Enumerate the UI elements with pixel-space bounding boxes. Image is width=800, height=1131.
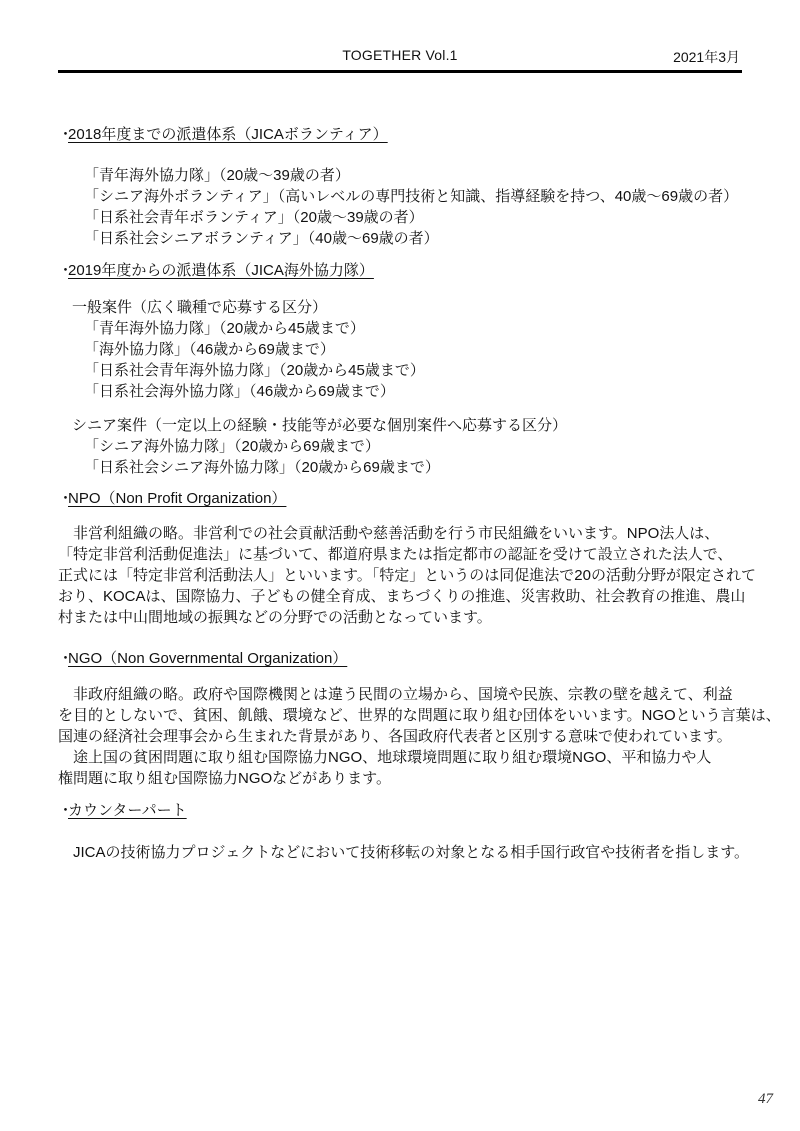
issue-date: 2021年3月	[673, 47, 740, 67]
bullet-glyph: ・	[58, 648, 68, 669]
list-item: 「日系社会シニア海外協力隊」（20歳から69歳まで）	[84, 457, 764, 478]
paragraph-line: JICAの技術協力プロジェクトなどにおいて技術移転の対象となる相手国行政官や技術…	[58, 842, 764, 863]
list-item: 「日系社会青年ボランティア」（20歳～39歳の者）	[84, 207, 764, 228]
bullet-glyph: ・	[58, 488, 68, 509]
bullet-glyph: ・	[58, 260, 68, 281]
list-item: 「シニア海外協力隊」（20歳から69歳まで）	[84, 436, 764, 457]
bullet-glyph: ・	[58, 124, 68, 145]
paragraph-line: 正式には「特定非営利活動法人」といいます。「特定」というのは同促進法で20の活動…	[58, 565, 764, 586]
section-heading-text: カウンターパート	[68, 802, 187, 819]
dispatch-until-2018-items: 「青年海外協力隊」（20歳～39歳の者） 「シニア海外ボランティア」（高いレベル…	[84, 165, 764, 249]
bullet-glyph: ・	[58, 800, 68, 821]
paragraph-line: 途上国の貧困問題に取り組む国際協力NGO、地球環境問題に取り組む環境NGO、平和…	[58, 747, 764, 768]
paragraph-line: 非政府組織の略。政府や国際機関とは違う民間の立場から、国境や民族、宗教の壁を越え…	[58, 684, 764, 705]
paragraph-line: 非営利組織の略。非営利での社会貢献活動や慈善活動を行う市民組織をいいます。NPO…	[58, 523, 764, 544]
section-heading-npo: ・NPO（Non Profit Organization）	[58, 488, 764, 509]
section-heading-text: 2019年度からの派遣体系（JICA海外協力隊）	[68, 262, 374, 279]
page-number: 47	[758, 1091, 773, 1108]
section-heading-ngo: ・NGO（Non Governmental Organization）	[58, 648, 764, 669]
section-heading-text: NGO（Non Governmental Organization）	[68, 650, 347, 667]
section-heading-counterpart: ・カウンターパート	[58, 800, 764, 821]
document-body: ・2018年度までの派遣体系（JICAボランティア） 「青年海外協力隊」（20歳…	[58, 73, 764, 863]
section-heading-dispatch-until-2018: ・2018年度までの派遣体系（JICAボランティア）	[58, 124, 764, 145]
paragraph-line: 権問題に取り組む国際協力NGOなどがあります。	[58, 768, 764, 789]
list-item: 「シニア海外ボランティア」（高いレベルの専門技術と知識、指導経験を持つ、40歳～…	[84, 186, 764, 207]
ngo-paragraph: 非政府組織の略。政府や国際機関とは違う民間の立場から、国境や民族、宗教の壁を越え…	[58, 684, 764, 789]
section-heading-text: 2018年度までの派遣体系（JICAボランティア）	[68, 126, 388, 143]
paragraph-line: 村または中山間地域の振興などの分野での活動となっています。	[58, 607, 764, 628]
paragraph-line: 「特定非営利活動促進法」に基づいて、都道府県または指定都市の認証を受けて設立され…	[58, 544, 764, 565]
list-item: 「日系社会海外協力隊」（46歳から69歳まで）	[84, 381, 764, 402]
list-item: 「海外協力隊」（46歳から69歳まで）	[84, 339, 764, 360]
list-item: 「日系社会シニアボランティア」（40歳～69歳の者）	[84, 228, 764, 249]
paragraph-line: 国連の経済社会理事会から生まれた背景があり、各国政府代表者と区別する意味で使われ…	[58, 726, 764, 747]
npo-paragraph: 非営利組織の略。非営利での社会貢献活動や慈善活動を行う市民組織をいいます。NPO…	[58, 523, 764, 628]
list-item: 「青年海外協力隊」（20歳から45歳まで）	[84, 318, 764, 339]
list-item: 「青年海外協力隊」（20歳～39歳の者）	[84, 165, 764, 186]
counterpart-paragraph: JICAの技術協力プロジェクトなどにおいて技術移転の対象となる相手国行政官や技術…	[58, 842, 764, 863]
paragraph-line: を目的としないで、貧困、飢餓、環境など、世界的な問題に取り組む団体をいいます。N…	[58, 705, 764, 726]
general-cases-label: 一般案件（広く職種で応募する区分）	[72, 297, 764, 318]
list-item: 「日系社会青年海外協力隊」（20歳から45歳まで）	[84, 360, 764, 381]
paragraph-line: おり、KOCAは、国際協力、子どもの健全育成、まちづくりの推進、災害救助、社会教…	[58, 586, 764, 607]
senior-cases-label: シニア案件（一定以上の経験・技能等が必要な個別案件へ応募する区分）	[72, 415, 764, 436]
section-heading-dispatch-from-2019: ・2019年度からの派遣体系（JICA海外協力隊）	[58, 260, 764, 281]
section-heading-text: NPO（Non Profit Organization）	[68, 490, 286, 507]
page-header: TOGETHER Vol.1 2021年3月	[58, 0, 742, 73]
senior-cases-items: 「シニア海外協力隊」（20歳から69歳まで） 「日系社会シニア海外協力隊」（20…	[84, 436, 764, 478]
journal-title: TOGETHER Vol.1	[58, 47, 742, 63]
document-page: TOGETHER Vol.1 2021年3月 ・2018年度までの派遣体系（JI…	[0, 0, 800, 1131]
general-cases-items: 「青年海外協力隊」（20歳から45歳まで） 「海外協力隊」（46歳から69歳まで…	[84, 318, 764, 402]
